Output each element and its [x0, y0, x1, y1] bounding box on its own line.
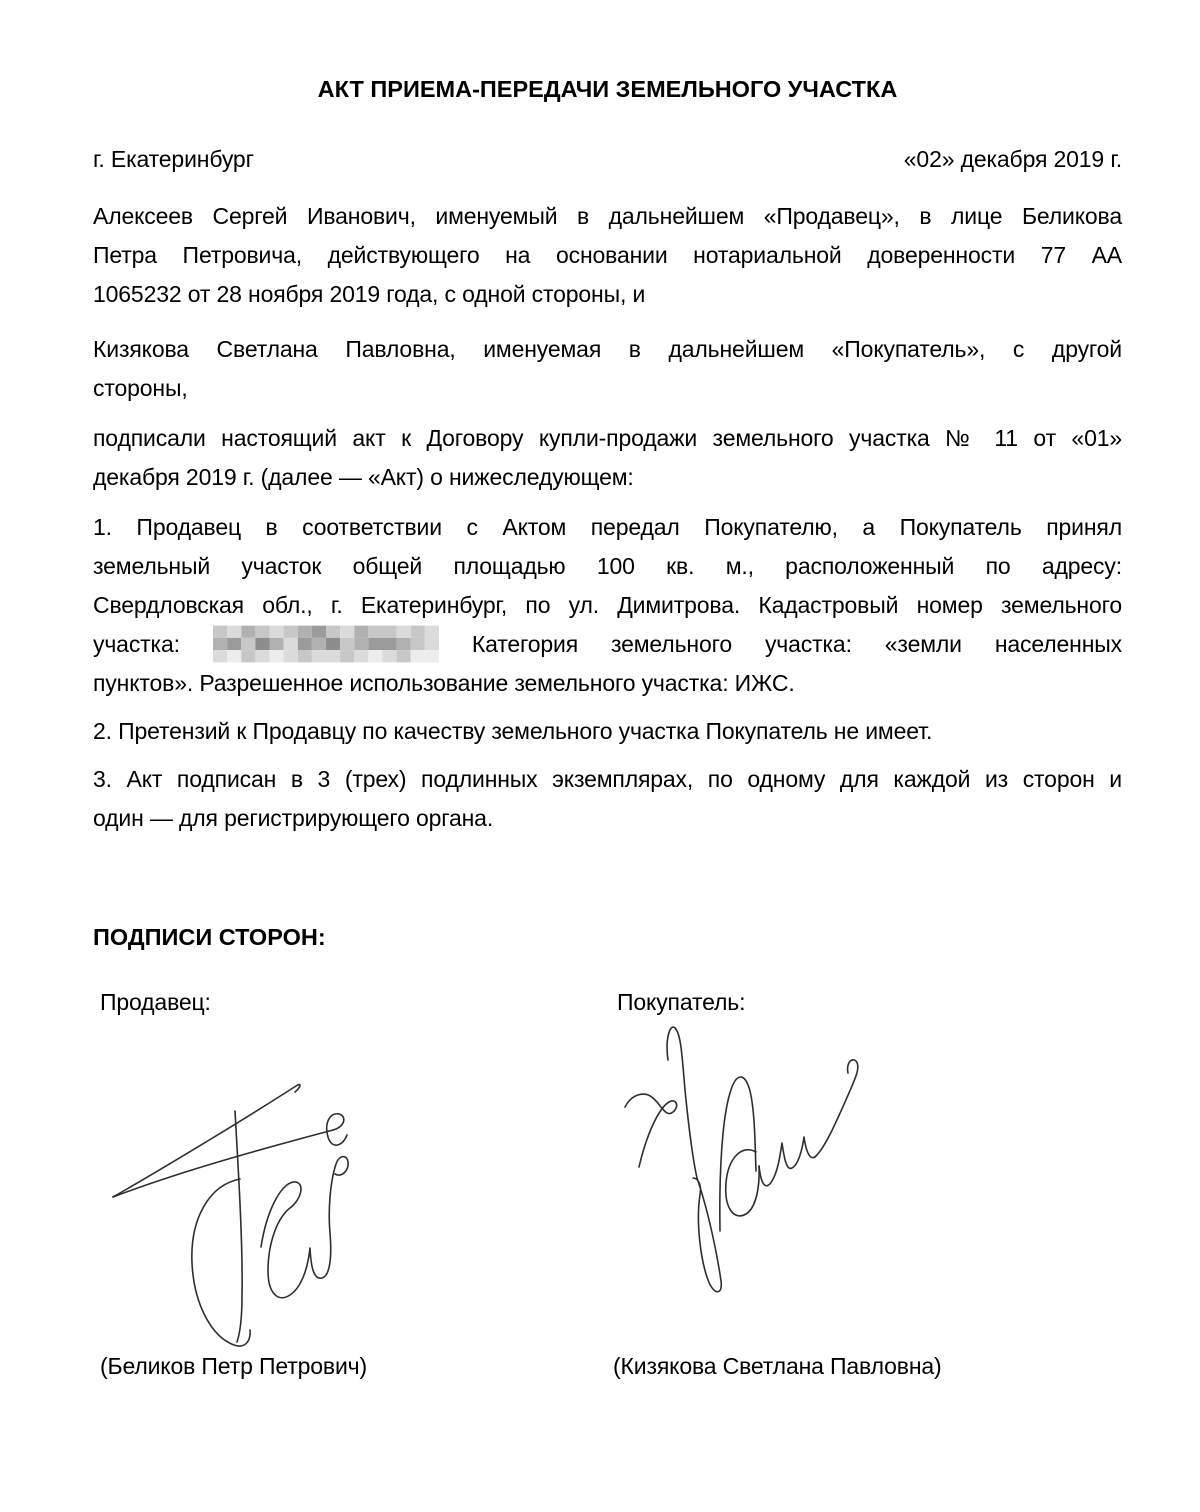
document-page: АКТ ПРИЕМА-ПЕРЕДАЧИ ЗЕМЕЛЬНОГО УЧАСТКА г…: [0, 0, 1200, 1512]
signatures-heading: ПОДПИСИ СТОРОН:: [93, 918, 1122, 957]
redacted-cadastral-number: [213, 625, 439, 663]
signatures-area: Продавец: Покупатель: (Беликов Петр Петр…: [93, 987, 1122, 1427]
text-line: 1. Продавец в соответствии с Актом перед…: [93, 508, 1122, 547]
text-line: Алексеев Сергей Иванович, именуемый в да…: [93, 197, 1122, 236]
buyer-name: (Кизякова Светлана Павловна): [613, 1351, 942, 1381]
text-line: 1065232 от 28 ноября 2019 года, с одной …: [93, 275, 1122, 314]
document-title: АКТ ПРИЕМА-ПЕРЕДАЧИ ЗЕМЕЛЬНОГО УЧАСТКА: [93, 74, 1122, 104]
text-line: Кизякова Светлана Павловна, именуемая в …: [93, 330, 1122, 369]
paragraph-preamble: подписали настоящий акт к Договору купли…: [93, 419, 1122, 497]
text-line: Петра Петровича, действующего на основан…: [93, 236, 1122, 275]
buyer-signature: [609, 1015, 909, 1335]
text-line: 3. Акт подписан в 3 (трех) подлинных экз…: [93, 760, 1122, 799]
text-line: декабря 2019 г. (далее — «Акт) о нижесле…: [93, 458, 1122, 497]
seller-signature: [99, 1051, 429, 1351]
clause-1-mid-before: участка:: [93, 631, 180, 657]
clause-3: 3. Акт подписан в 3 (трех) подлинных экз…: [93, 760, 1122, 838]
text-line: стороны,: [93, 369, 1122, 408]
seller-name: (Беликов Петр Петрович): [100, 1351, 367, 1381]
text-line: 2. Претензий к Продавцу по качеству земе…: [93, 712, 1122, 751]
clause-1-mid-after: Категория земельного участка: «земли нас…: [472, 631, 1122, 657]
clause-1-bottom-lines: пунктов». Разрешенное использование земе…: [93, 664, 1122, 703]
dateline-date: «02» декабря 2019 г.: [904, 140, 1122, 179]
clause-1: 1. Продавец в соответствии с Актом перед…: [93, 508, 1122, 703]
buyer-role-label: Покупатель:: [617, 987, 745, 1017]
paragraph-seller-intro: Алексеев Сергей Иванович, именуемый в да…: [93, 197, 1122, 314]
text-line: один — для регистрирующего органа.: [93, 799, 1122, 838]
text-line: земельный участок общей площадью 100 кв.…: [93, 547, 1122, 586]
clause-2: 2. Претензий к Продавцу по качеству земе…: [93, 712, 1122, 751]
clause-1-top-lines: 1. Продавец в соответствии с Актом перед…: [93, 508, 1122, 625]
dateline: г. Екатеринбург «02» декабря 2019 г.: [93, 140, 1122, 179]
paragraph-buyer-intro: Кизякова Светлана Павловна, именуемая в …: [93, 330, 1122, 408]
text-line: Свердловская обл., г. Екатеринбург, по у…: [93, 586, 1122, 625]
dateline-city: г. Екатеринбург: [93, 140, 254, 179]
text-line: подписали настоящий акт к Договору купли…: [93, 419, 1122, 458]
seller-role-label: Продавец:: [100, 987, 211, 1017]
text-line: пунктов». Разрешенное использование земе…: [93, 664, 1122, 703]
clause-1-redacted-line: участка: Категория земельного участка: «…: [93, 625, 1122, 664]
